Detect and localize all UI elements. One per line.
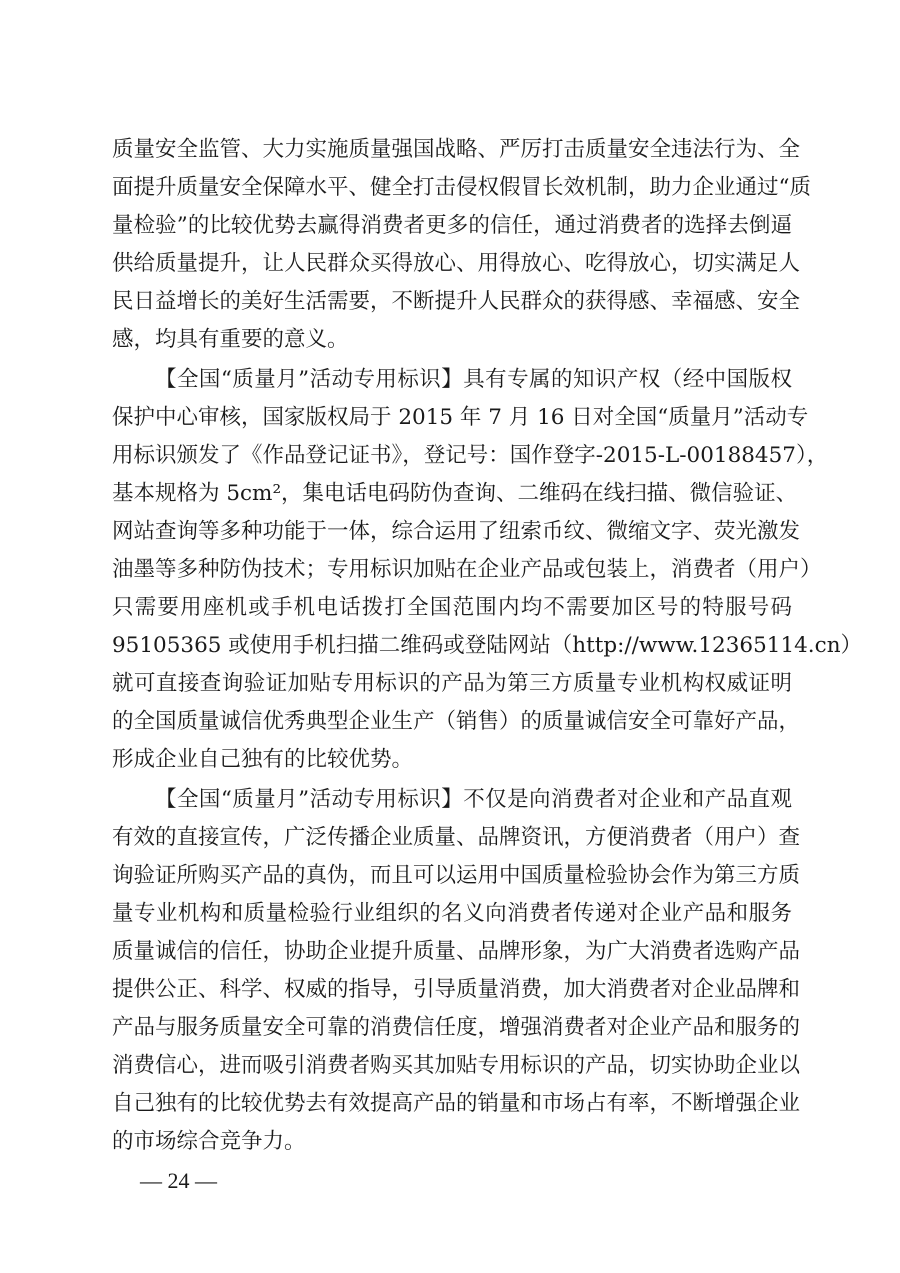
paragraph-2-line-7: 只需要用座机或手机电话拨打全国范围内均不需要加区号的特服号码 xyxy=(112,589,792,627)
paragraph-2-line-1: 【全国“质量月”活动专用标识】具有专属的知识产权（经中国版权 xyxy=(155,361,792,399)
paragraph-2-line-10: 的全国质量诚信优秀典型企业生产（销售）的质量诚信安全可靠好产品， xyxy=(112,703,792,741)
paragraph-3-line-3: 询验证所购买产品的真伪，而且可以运用中国质量检验协会作为第三方质 xyxy=(112,857,792,895)
paragraph-1-line-2: 面提升质量安全保障水平、健全打击侵权假冒长效机制，助力企业通过“质 xyxy=(112,169,792,207)
paragraph-3-line-9: 自己独有的比较优势去有效提高产品的销量和市场占有率，不断增强企业 xyxy=(112,1085,792,1123)
paragraph-2-line-2: 保护中心审核，国家版权局于 2015 年 7 月 16 日对全国“质量月”活动专 xyxy=(112,399,792,437)
paragraph-3-line-6: 提供公正、科学、权威的指导，引导质量消费，加大消费者对企业品牌和 xyxy=(112,971,792,1009)
paragraph-3-line-10: 的市场综合竞争力。 xyxy=(112,1123,792,1161)
paragraph-2-line-4: 基本规格为 5cm²，集电话电码防伪查询、二维码在线扫描、微信验证、 xyxy=(112,475,792,513)
page-number: — 24 — xyxy=(140,1168,217,1194)
paragraph-1-line-4: 供给质量提升，让人民群众买得放心、用得放心、吃得放心，切实满足人 xyxy=(112,245,792,283)
paragraph-2-line-8: 95105365 或使用手机扫描二维码或登陆网站（http://www.1236… xyxy=(112,627,792,665)
paragraph-1-line-3: 量检验”的比较优势去赢得消费者更多的信任，通过消费者的选择去倒逼 xyxy=(112,207,792,245)
paragraph-1-line-6: 感，均具有重要的意义。 xyxy=(112,321,792,359)
paragraph-3-line-8: 消费信心，进而吸引消费者购买其加贴专用标识的产品，切实协助企业以 xyxy=(112,1047,792,1085)
paragraph-3-line-2: 有效的直接宣传，广泛传播企业质量、品牌资讯，方便消费者（用户）查 xyxy=(112,819,792,857)
paragraph-2-line-6: 油墨等多种防伪技术；专用标识加贴在企业产品或包装上，消费者（用户） xyxy=(112,551,792,589)
paragraph-3-line-7: 产品与服务质量安全可靠的消费信任度，增强消费者对企业产品和服务的 xyxy=(112,1009,792,1047)
paragraph-2-line-9: 就可直接查询验证加贴专用标识的产品为第三方质量专业机构权威证明 xyxy=(112,665,792,703)
paragraph-1-line-5: 民日益增长的美好生活需要，不断提升人民群众的获得感、幸福感、安全 xyxy=(112,283,792,321)
paragraph-1-line-1: 质量安全监管、大力实施质量强国战略、严厉打击质量安全违法行为、全 xyxy=(112,131,792,169)
paragraph-2-line-3: 用标识颁发了《作品登记证书》，登记号：国作登字-2015-L-00188457）… xyxy=(112,437,792,475)
paragraph-3-line-1: 【全国“质量月”活动专用标识】不仅是向消费者对企业和产品直观 xyxy=(155,781,792,819)
paragraph-3-line-5: 质量诚信的信任，协助企业提升质量、品牌形象，为广大消费者选购产品 xyxy=(112,933,792,971)
paragraph-2-line-5: 网站查询等多种功能于一体，综合运用了纽索币纹、微缩文字、荧光激发 xyxy=(112,513,792,551)
paragraph-3-line-4: 量专业机构和质量检验行业组织的名义向消费者传递对企业产品和服务 xyxy=(112,895,792,933)
paragraph-2-line-11: 形成企业自己独有的比较优势。 xyxy=(112,741,792,779)
document-page: 质量安全监管、大力实施质量强国战略、严厉打击质量安全违法行为、全 面提升质量安全… xyxy=(0,0,900,1273)
